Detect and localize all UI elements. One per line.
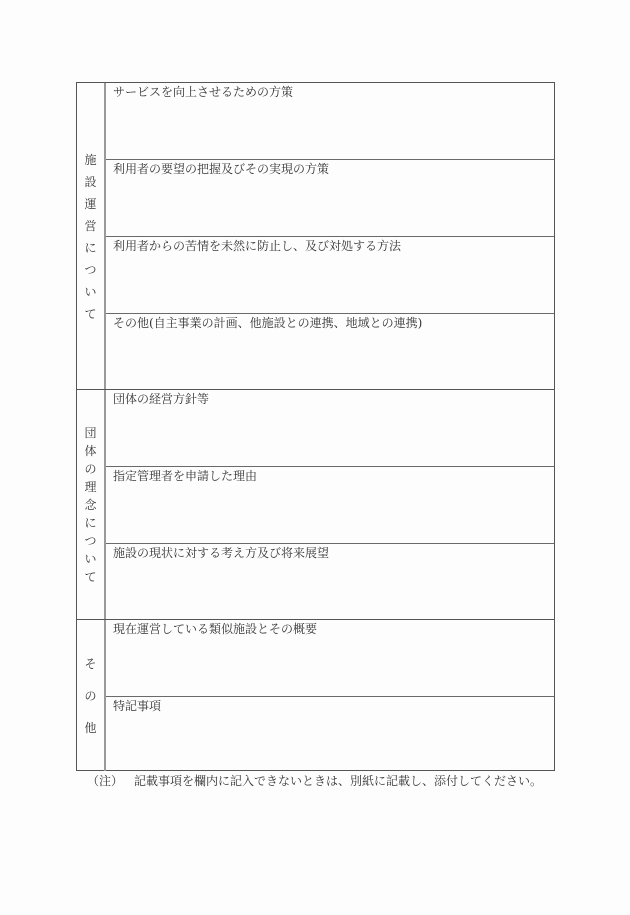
form-row-application-reason: 指定管理者を申請した理由 <box>106 466 554 543</box>
label-char: 念 <box>84 499 96 511</box>
row-label: 利用者の要望の把握及びその実現の方策 <box>113 162 329 176</box>
form-row-user-requests: 利用者の要望の把握及びその実現の方策 <box>106 159 554 236</box>
label-char: 運 <box>84 198 96 210</box>
section-other: そ の 他 現在運営している類似施設とその概要 特記事項 <box>77 619 554 771</box>
label-char: に <box>84 242 96 254</box>
section-label-organization-philosophy: 団 体 の 理 念 に つ い て <box>77 390 106 619</box>
note-marker: （注） <box>87 774 123 788</box>
label-char: い <box>84 553 96 565</box>
row-label: サービスを向上させるための方策 <box>113 85 293 99</box>
label-char: 体 <box>84 445 96 457</box>
row-label: 利用者からの苦情を未然に防止し、及び対処する方法 <box>113 239 401 253</box>
special-notes-field[interactable] <box>106 715 554 772</box>
row-label: 施設の現状に対する考え方及び将来展望 <box>113 546 329 560</box>
form-row-other-operations: その他(自主事業の計画、他施設との連携、地域との連携) <box>106 313 554 390</box>
form-row-special-notes: 特記事項 <box>106 696 554 772</box>
label-char: の <box>84 690 96 702</box>
other-operations-field[interactable] <box>106 332 554 390</box>
user-requests-field[interactable] <box>106 178 554 236</box>
row-label: 特記事項 <box>113 699 161 713</box>
form-row-management-policy: 団体の経営方針等 <box>106 390 554 466</box>
form-row-future-outlook: 施設の現状に対する考え方及び将来展望 <box>106 543 554 620</box>
form-row-complaint-handling: 利用者からの苦情を未然に防止し、及び対処する方法 <box>106 236 554 313</box>
label-char: つ <box>84 264 96 276</box>
section-rows: サービスを向上させるための方策 利用者の要望の把握及びその実現の方策 利用者から… <box>106 83 554 390</box>
form-row-similar-facilities: 現在運営している類似施設とその概要 <box>106 620 554 696</box>
label-char: に <box>84 517 96 529</box>
row-label: 団体の経営方針等 <box>113 392 209 406</box>
label-char: 施 <box>84 154 96 166</box>
section-rows: 団体の経営方針等 指定管理者を申請した理由 施設の現状に対する考え方及び将来展望 <box>106 390 554 619</box>
label-char: 他 <box>84 722 96 734</box>
label-char: つ <box>84 535 96 547</box>
footnote: （注）記載事項を欄内に記入できないときは、別紙に記載し、添付してください。 <box>87 774 542 788</box>
note-text: 記載事項を欄内に記入できないときは、別紙に記載し、添付してください。 <box>134 774 542 788</box>
application-reason-field[interactable] <box>106 485 554 543</box>
label-char: 設 <box>84 176 96 188</box>
future-outlook-field[interactable] <box>106 562 554 620</box>
row-label: 指定管理者を申請した理由 <box>113 469 257 483</box>
section-rows: 現在運営している類似施設とその概要 特記事項 <box>106 620 554 771</box>
complaint-handling-field[interactable] <box>106 255 554 313</box>
section-organization-philosophy: 団 体 の 理 念 に つ い て 団体の経営方針等 指定管理者を申請した理由 … <box>77 389 554 619</box>
section-label-facility-operation: 施 設 運 営 に つ い て <box>77 83 106 390</box>
label-char: 団 <box>84 427 96 439</box>
label-char: 営 <box>84 220 96 232</box>
service-improvement-field[interactable] <box>106 101 554 159</box>
label-char: て <box>84 571 96 583</box>
label-char: の <box>84 463 96 475</box>
section-facility-operation: 施 設 運 営 に つ い て サービスを向上させるための方策 利用者の要望の把… <box>77 83 554 390</box>
form-row-service-improvement: サービスを向上させるための方策 <box>106 83 554 159</box>
application-form-table: 施 設 運 営 に つ い て サービスを向上させるための方策 利用者の要望の把… <box>76 82 555 771</box>
row-label: その他(自主事業の計画、他施設との連携、地域との連携) <box>113 316 422 330</box>
label-char: て <box>84 308 96 320</box>
similar-facilities-field[interactable] <box>106 638 554 696</box>
section-label-other: そ の 他 <box>77 620 106 771</box>
label-char: そ <box>84 658 96 670</box>
label-char: 理 <box>84 481 96 493</box>
label-char: い <box>84 286 96 298</box>
management-policy-field[interactable] <box>106 408 554 466</box>
row-label: 現在運営している類似施設とその概要 <box>113 622 317 636</box>
